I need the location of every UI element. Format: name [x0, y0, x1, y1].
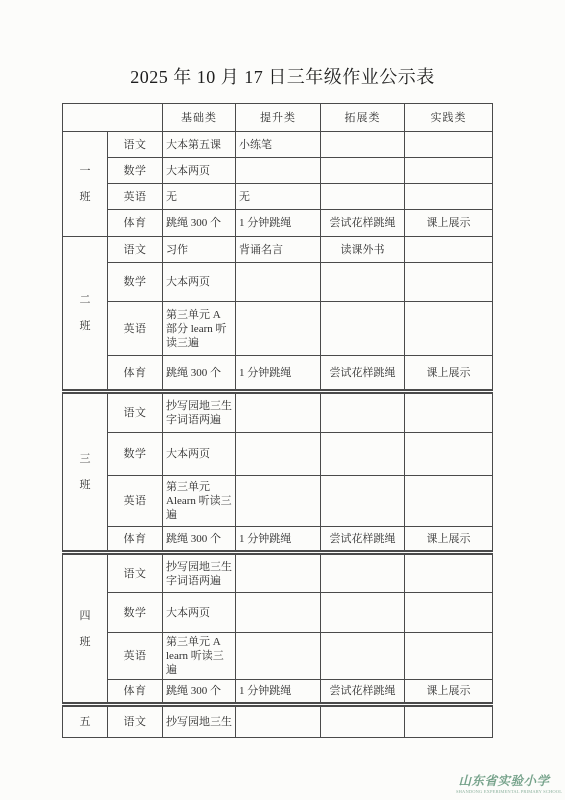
improve-cell [236, 553, 321, 593]
basic-cell: 大本两页 [163, 263, 236, 302]
subject-cell: 体育 [108, 527, 163, 553]
basic-cell: 大本两页 [163, 593, 236, 633]
class-label-2: 二班 [63, 237, 108, 392]
table-row: 体育 跳绳 300 个 1 分钟跳绳 尝试花样跳绳 课上展示 [63, 680, 493, 705]
basic-cell: 跳绳 300 个 [163, 210, 236, 237]
subject-cell: 英语 [108, 302, 163, 356]
basic-cell: 大本两页 [163, 158, 236, 184]
basic-cell: 习作 [163, 237, 236, 263]
table-row: 二班 语文 习作 背诵名言 读课外书 [63, 237, 493, 263]
improve-cell [236, 705, 321, 738]
expand-cell [321, 263, 405, 302]
improve-cell [236, 302, 321, 356]
table-row: 英语 第三单元 A 部分 learn 听读三遍 [63, 302, 493, 356]
expand-cell [321, 705, 405, 738]
practice-cell [405, 553, 493, 593]
subject-cell: 英语 [108, 184, 163, 210]
basic-cell: 跳绳 300 个 [163, 680, 236, 705]
subject-cell: 语文 [108, 132, 163, 158]
subject-cell: 英语 [108, 633, 163, 680]
expand-cell [321, 302, 405, 356]
expand-cell [321, 158, 405, 184]
basic-cell: 大本两页 [163, 433, 236, 476]
school-name-cn-text: 山东省实验小学 [456, 774, 552, 788]
improve-cell: 1 分钟跳绳 [236, 527, 321, 553]
table-row: 五 语文 抄写园地三生 [63, 705, 493, 738]
improve-cell: 小练笔 [236, 132, 321, 158]
expand-cell [321, 392, 405, 433]
column-header-practice: 实践类 [405, 104, 493, 132]
class-label-text: 一班 [79, 158, 92, 210]
class-label-1: 一班 [63, 132, 108, 237]
table-row: 数学 大本两页 [63, 263, 493, 302]
table-row: 四班 语文 抄写园地三生字词语两遍 [63, 553, 493, 593]
practice-cell [405, 158, 493, 184]
improve-cell [236, 158, 321, 184]
class-label-4: 四班 [63, 553, 108, 705]
subject-cell: 英语 [108, 476, 163, 527]
school-logo: 山东省实验小学 SHANDONG EXPERIMENTAL PRIMARY SC… [456, 774, 552, 795]
improve-cell: 1 分钟跳绳 [236, 210, 321, 237]
table-row: 体育 跳绳 300 个 1 分钟跳绳 尝试花样跳绳 课上展示 [63, 356, 493, 392]
basic-cell: 第三单元 Alearn 听读三遍 [163, 476, 236, 527]
improve-cell [236, 263, 321, 302]
table-row: 一班 语文 大本第五课 小练笔 [63, 132, 493, 158]
table-row: 英语 无 无 [63, 184, 493, 210]
expand-cell: 读课外书 [321, 237, 405, 263]
page-title: 2025 年 10 月 17 日三年级作业公示表 [0, 0, 565, 88]
table-row: 体育 跳绳 300 个 1 分钟跳绳 尝试花样跳绳 课上展示 [63, 210, 493, 237]
improve-cell: 无 [236, 184, 321, 210]
expand-cell [321, 553, 405, 593]
basic-cell: 跳绳 300 个 [163, 527, 236, 553]
expand-cell [321, 633, 405, 680]
basic-cell: 第三单元 A 部分 learn 听读三遍 [163, 302, 236, 356]
basic-cell: 抄写园地三生字词语两遍 [163, 553, 236, 593]
practice-cell [405, 263, 493, 302]
basic-cell: 抄写园地三生字词语两遍 [163, 392, 236, 433]
improve-cell [236, 593, 321, 633]
subject-cell: 语文 [108, 553, 163, 593]
header-row: 基础类 提升类 拓展类 实践类 [63, 104, 493, 132]
table-row: 数学 大本两页 [63, 158, 493, 184]
table-row: 三班 语文 抄写园地三生字词语两遍 [63, 392, 493, 433]
practice-cell [405, 132, 493, 158]
expand-cell: 尝试花样跳绳 [321, 680, 405, 705]
class-label-5: 五 [63, 705, 108, 738]
expand-cell [321, 593, 405, 633]
basic-cell: 第三单元 A learn 听读三遍 [163, 633, 236, 680]
subject-cell: 语文 [108, 392, 163, 433]
basic-cell: 跳绳 300 个 [163, 356, 236, 392]
homework-table: 基础类 提升类 拓展类 实践类 一班 语文 大本第五课 小练笔 数学 大本两页 … [62, 103, 493, 738]
practice-cell [405, 705, 493, 738]
subject-cell: 体育 [108, 680, 163, 705]
improve-cell [236, 633, 321, 680]
practice-cell [405, 433, 493, 476]
improve-cell: 1 分钟跳绳 [236, 680, 321, 705]
subject-cell: 数学 [108, 593, 163, 633]
improve-cell [236, 476, 321, 527]
class-label-text: 二班 [79, 287, 92, 339]
table-row: 数学 大本两页 [63, 433, 493, 476]
column-header-basic: 基础类 [163, 104, 236, 132]
table-row: 体育 跳绳 300 个 1 分钟跳绳 尝试花样跳绳 课上展示 [63, 527, 493, 553]
table-row: 英语 第三单元 A learn 听读三遍 [63, 633, 493, 680]
subject-cell: 语文 [108, 237, 163, 263]
practice-cell [405, 633, 493, 680]
expand-cell [321, 476, 405, 527]
practice-cell: 课上展示 [405, 680, 493, 705]
practice-cell [405, 302, 493, 356]
expand-cell: 尝试花样跳绳 [321, 527, 405, 553]
practice-cell: 课上展示 [405, 210, 493, 237]
subject-cell: 数学 [108, 433, 163, 476]
subject-cell: 体育 [108, 356, 163, 392]
subject-cell: 数学 [108, 263, 163, 302]
improve-cell [236, 392, 321, 433]
expand-cell [321, 132, 405, 158]
class-label-text: 三班 [79, 446, 92, 498]
improve-cell: 1 分钟跳绳 [236, 356, 321, 392]
practice-cell: 课上展示 [405, 356, 493, 392]
improve-cell: 背诵名言 [236, 237, 321, 263]
column-header-improve: 提升类 [236, 104, 321, 132]
practice-cell [405, 184, 493, 210]
expand-cell [321, 184, 405, 210]
class-label-text: 四班 [79, 603, 92, 655]
expand-cell: 尝试花样跳绳 [321, 356, 405, 392]
practice-cell [405, 593, 493, 633]
improve-cell [236, 433, 321, 476]
subject-cell: 数学 [108, 158, 163, 184]
expand-cell [321, 433, 405, 476]
column-header-expand: 拓展类 [321, 104, 405, 132]
expand-cell: 尝试花样跳绳 [321, 210, 405, 237]
table-row: 数学 大本两页 [63, 593, 493, 633]
school-name-en-text: SHANDONG EXPERIMENTAL PRIMARY SCHOOL [456, 789, 552, 795]
class-label-3: 三班 [63, 392, 108, 553]
basic-cell: 抄写园地三生 [163, 705, 236, 738]
corner-cell [63, 104, 163, 132]
class-label-text: 五 [79, 709, 92, 735]
practice-cell [405, 392, 493, 433]
practice-cell [405, 237, 493, 263]
basic-cell: 大本第五课 [163, 132, 236, 158]
practice-cell: 课上展示 [405, 527, 493, 553]
practice-cell [405, 476, 493, 527]
table-row: 英语 第三单元 Alearn 听读三遍 [63, 476, 493, 527]
basic-cell: 无 [163, 184, 236, 210]
subject-cell: 语文 [108, 705, 163, 738]
subject-cell: 体育 [108, 210, 163, 237]
